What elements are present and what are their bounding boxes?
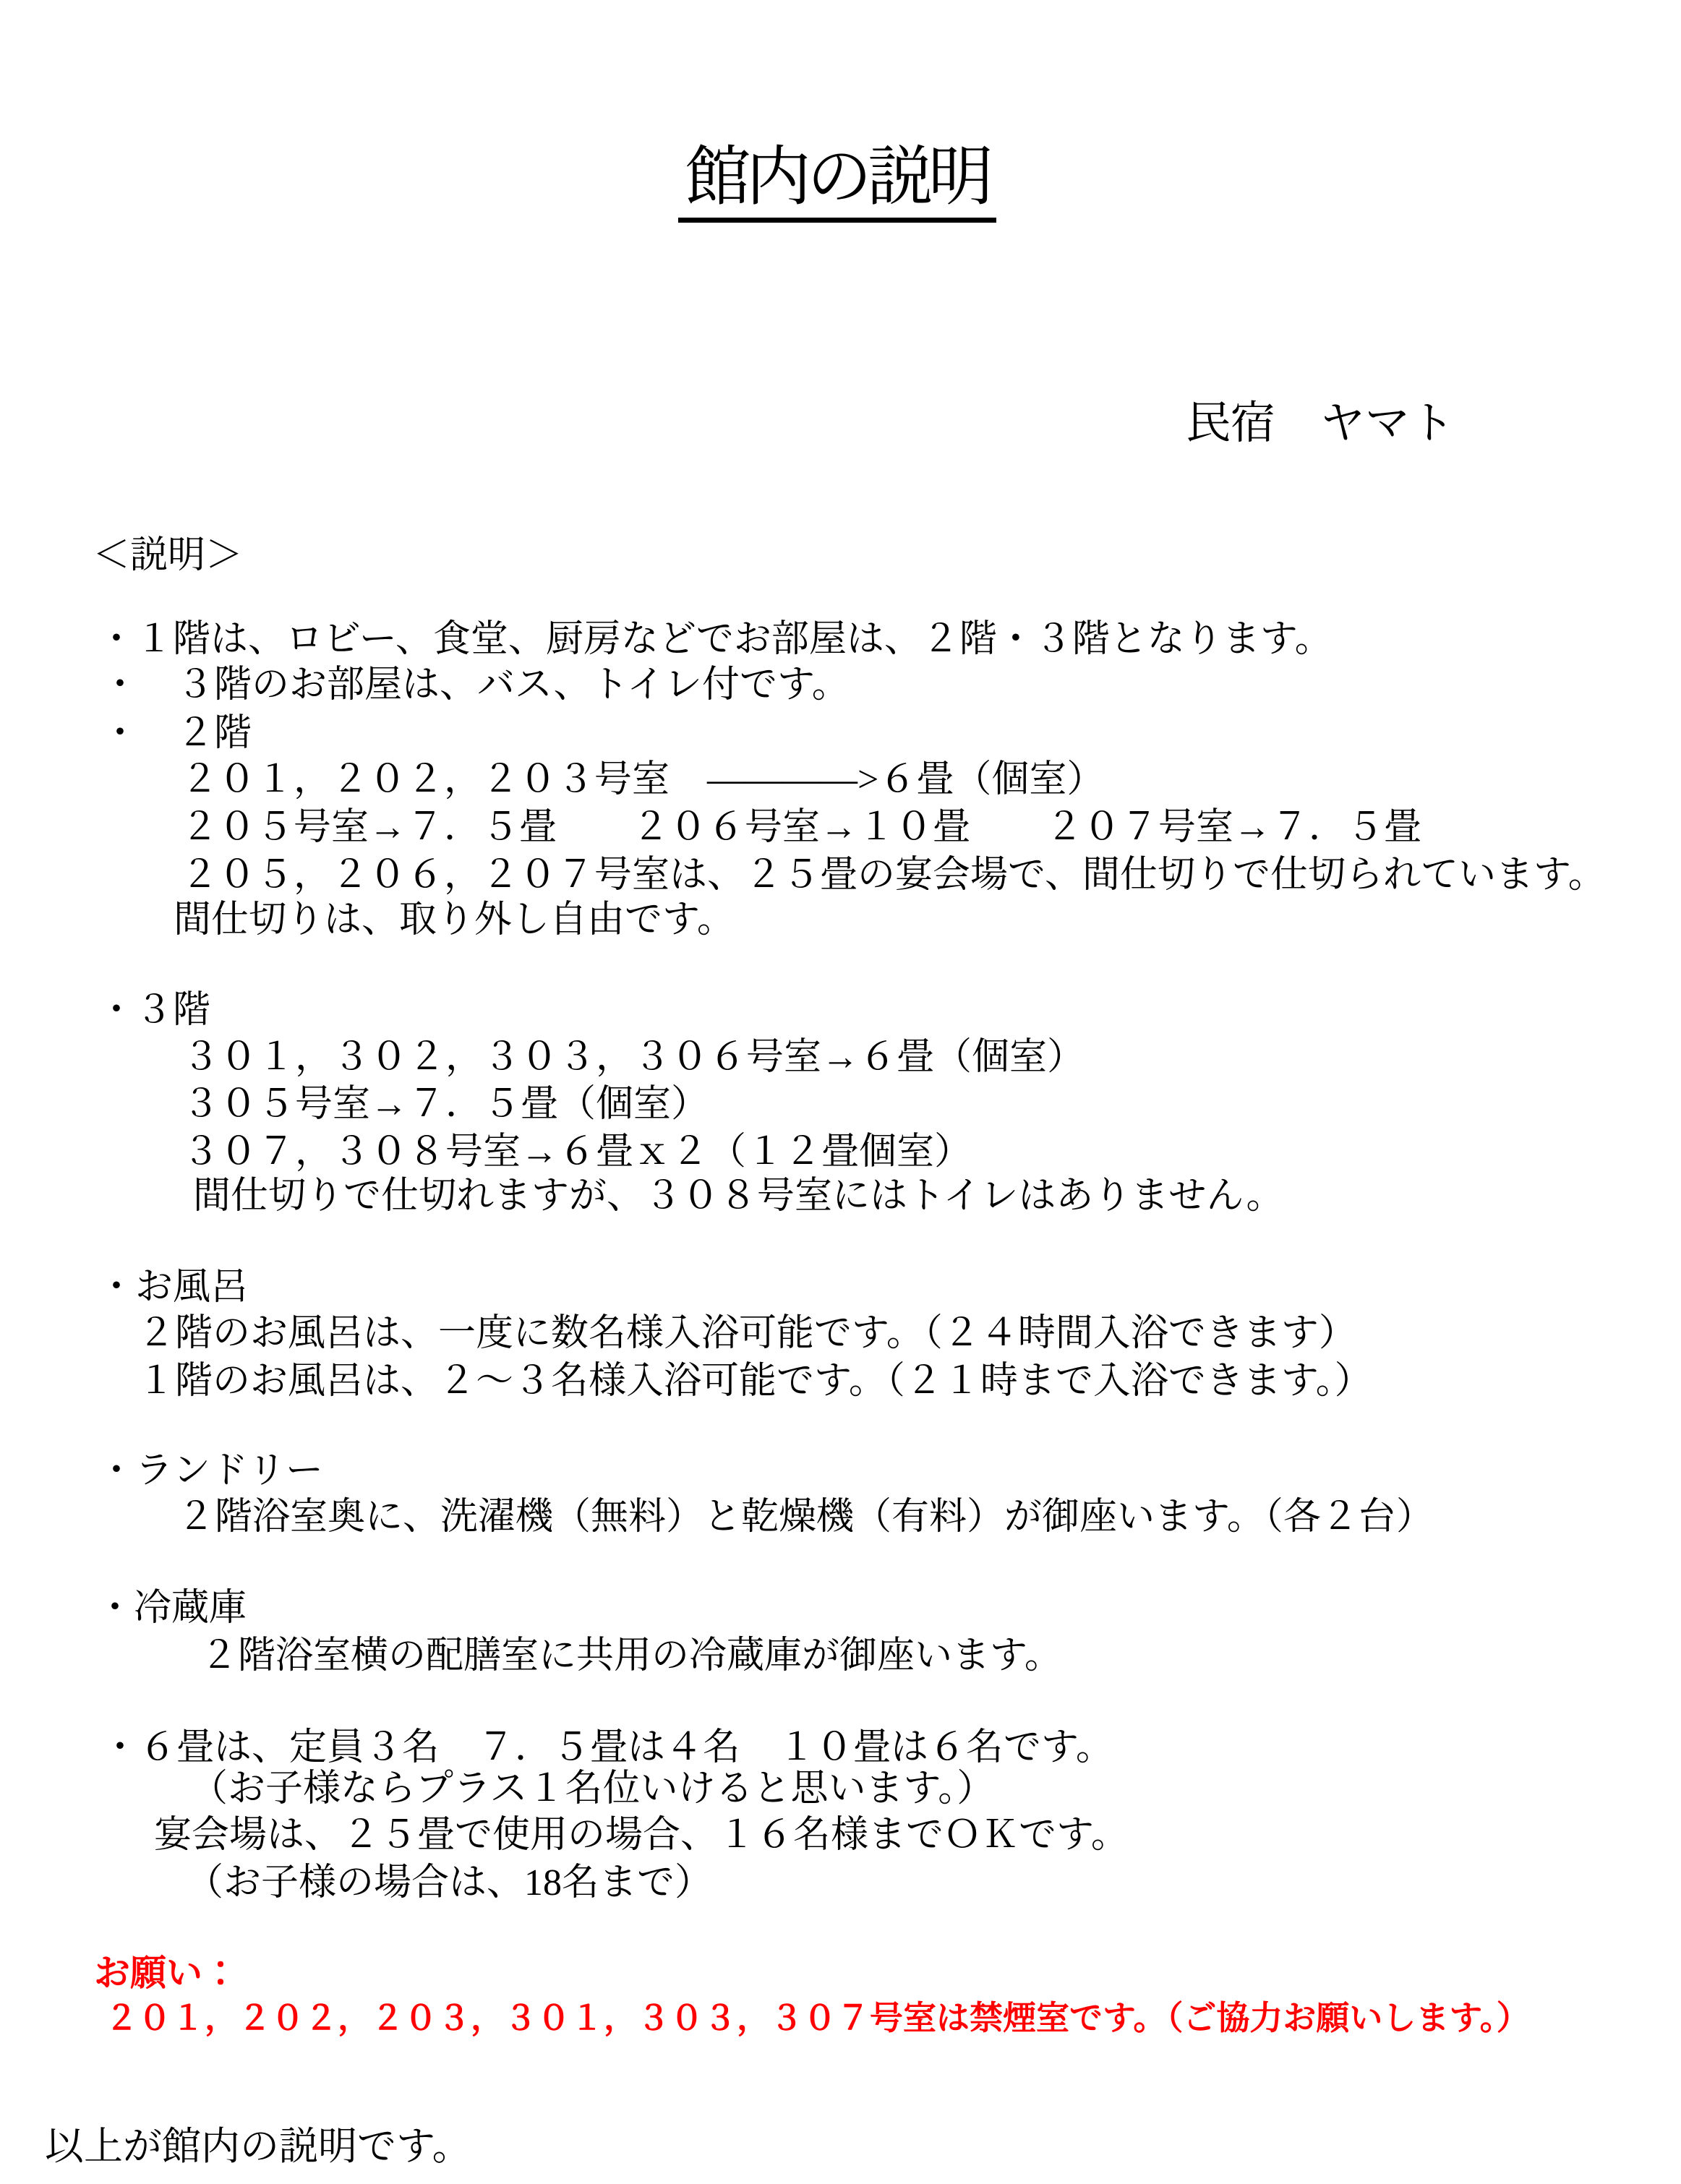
floor3-rooms-private-line: ３０１，３０２，３０３，３０６号室→６畳（個室）	[182, 1034, 1085, 1081]
intro-floor3-bath-line: ・ ３階のお部屋は、バス、トイレ付です。	[101, 661, 850, 708]
floor3-heading: ・３階	[98, 987, 210, 1034]
fridge-heading: ・冷蔵庫	[96, 1585, 247, 1632]
bath-1f-line: １階のお風呂は、２～３名様入浴可能です。（２１時まで入浴できます。）	[137, 1358, 1372, 1405]
laundry-heading: ・ランドリー	[98, 1447, 323, 1494]
closing-line: 以上が館内の説明です。	[45, 2123, 471, 2172]
floor3-room305-line: ３０５号室→７．５畳（個室）	[182, 1081, 709, 1128]
capacity-main-line: ・６畳は、定員３名 ７．５畳は４名 １０畳は６名です。	[101, 1724, 1113, 1771]
bath-2f-line: ２階のお風呂は、一度に数名様入浴可能です。（２４時間入浴できます）	[137, 1310, 1356, 1357]
laundry-detail-line: ２階浴室奥に、洗濯機（無料）と乾燥機（有料）が御座います。（各２台）	[177, 1494, 1434, 1541]
intro-floor1-line: ・１階は、ロビー、食堂、厨房などでお部屋は、２階・３階となります。	[98, 616, 1333, 663]
notice-no-smoking-line: ２０１，２０２，２０３，３０１，３０３，３０７号室は禁煙室です。（ご協力お願いし…	[105, 1997, 1530, 2039]
floor2-partition-line: 間仕切りは、取り外し自由です。	[174, 896, 735, 943]
document-title: 館内の説明	[678, 142, 996, 223]
bath-heading: ・お風呂	[98, 1264, 248, 1311]
fridge-detail-line: ２階浴室横の配膳室に共用の冷蔵庫が御座います。	[200, 1632, 1062, 1679]
notice-heading: お願い：	[94, 1950, 239, 1996]
document-page: 館内の説明 民宿 ヤマト ＜説明＞ ・１階は、ロビー、食堂、厨房などでお部屋は、…	[0, 0, 1681, 2184]
floor2-banquet-line: ２０５，２０６，２０７号室は、２５畳の宴会場で、間仕切りで仕切られています。	[181, 852, 1606, 899]
floor3-partition-note-line: 間仕切りで仕切れますが、３０８号室にはトイレはありません。	[193, 1173, 1284, 1220]
floor2-heading: ・ ２階	[101, 710, 252, 757]
capacity-banquet-children-line: （お子様の場合は、18名まで）	[186, 1859, 712, 1906]
floor2-rooms-private-line: ２０１，２０２，２０３号室 ――――>６畳（個室）	[181, 756, 1104, 803]
section-heading-setsumei: ＜説明＞	[93, 534, 243, 578]
inn-name: 民宿 ヤマト	[1186, 399, 1455, 448]
capacity-banquet-line: 宴会場は、２５畳で使用の場合、１６名様までＯＫです。	[154, 1812, 1129, 1859]
capacity-children-note-line: （お子様ならプラス１名位いけると思います。）	[190, 1765, 994, 1812]
floor3-rooms307-308-line: ３０７，３０８号室→６畳ｘ２（１２畳個室）	[182, 1129, 972, 1175]
floor2-rooms-sizes-line: ２０５号室→７．５畳 ２０６号室→１０畳 ２０７号室→７．５畳	[181, 804, 1421, 851]
